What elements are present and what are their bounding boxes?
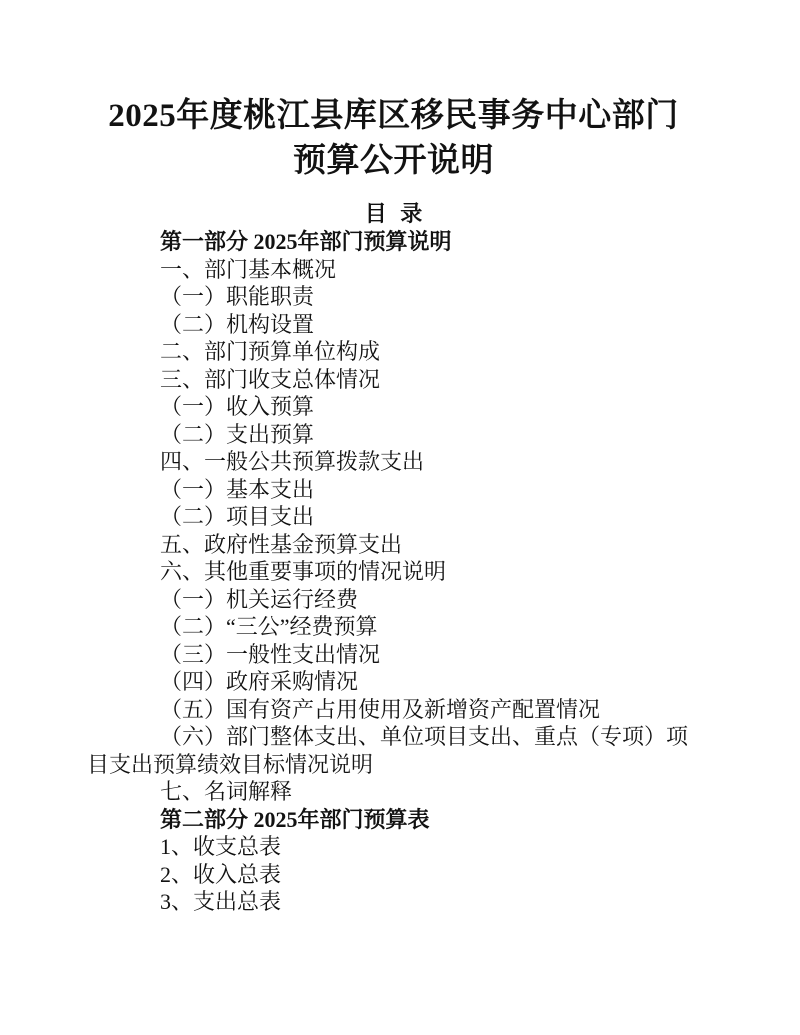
toc-entry: （二）“三公”经费预算 bbox=[87, 613, 700, 641]
toc-entry: （六）部门整体支出、单位项目支出、重点（专项）项目支出预算绩效目标情况说明 bbox=[87, 723, 700, 778]
toc-entry: 2、收入总表 bbox=[87, 861, 700, 889]
toc-entry: 第一部分 2025年部门预算说明 bbox=[87, 228, 700, 256]
table-of-contents: 第一部分 2025年部门预算说明一、部门基本概况（一）职能职责（二）机构设置二、… bbox=[87, 228, 700, 916]
toc-entry: 3、支出总表 bbox=[87, 888, 700, 916]
toc-entry: （四）政府采购情况 bbox=[87, 668, 700, 696]
toc-entry: 六、其他重要事项的情况说明 bbox=[87, 558, 700, 586]
toc-entry: 三、部门收支总体情况 bbox=[87, 366, 700, 394]
toc-entry: （一）机关运行经费 bbox=[87, 586, 700, 614]
toc-entry: 第二部分 2025年部门预算表 bbox=[87, 806, 700, 834]
toc-entry: 一、部门基本概况 bbox=[87, 256, 700, 284]
document-title: 2025年度桃江县库区移民事务中心部门 预算公开说明 bbox=[87, 94, 700, 184]
toc-entry: 1、收支总表 bbox=[87, 833, 700, 861]
toc-entry: 二、部门预算单位构成 bbox=[87, 338, 700, 366]
toc-entry: （二）机构设置 bbox=[87, 311, 700, 339]
toc-entry: （五）国有资产占用使用及新增资产配置情况 bbox=[87, 696, 700, 724]
toc-entry: （二）项目支出 bbox=[87, 503, 700, 531]
toc-entry: 五、政府性基金预算支出 bbox=[87, 531, 700, 559]
document-title-line-1: 2025年度桃江县库区移民事务中心部门 bbox=[87, 94, 700, 139]
toc-entry: （一）收入预算 bbox=[87, 393, 700, 421]
toc-entry: 七、名词解释 bbox=[87, 778, 700, 806]
toc-entry: （二）支出预算 bbox=[87, 421, 700, 449]
toc-entry: （一）基本支出 bbox=[87, 476, 700, 504]
toc-entry: （一）职能职责 bbox=[87, 283, 700, 311]
document-title-line-2: 预算公开说明 bbox=[87, 139, 700, 184]
toc-entry: 四、一般公共预算拨款支出 bbox=[87, 448, 700, 476]
toc-heading: 目 录 bbox=[87, 200, 700, 228]
toc-entry: （三）一般性支出情况 bbox=[87, 641, 700, 669]
document-page: 2025年度桃江县库区移民事务中心部门 预算公开说明 目 录 第一部分 2025… bbox=[0, 0, 800, 1035]
